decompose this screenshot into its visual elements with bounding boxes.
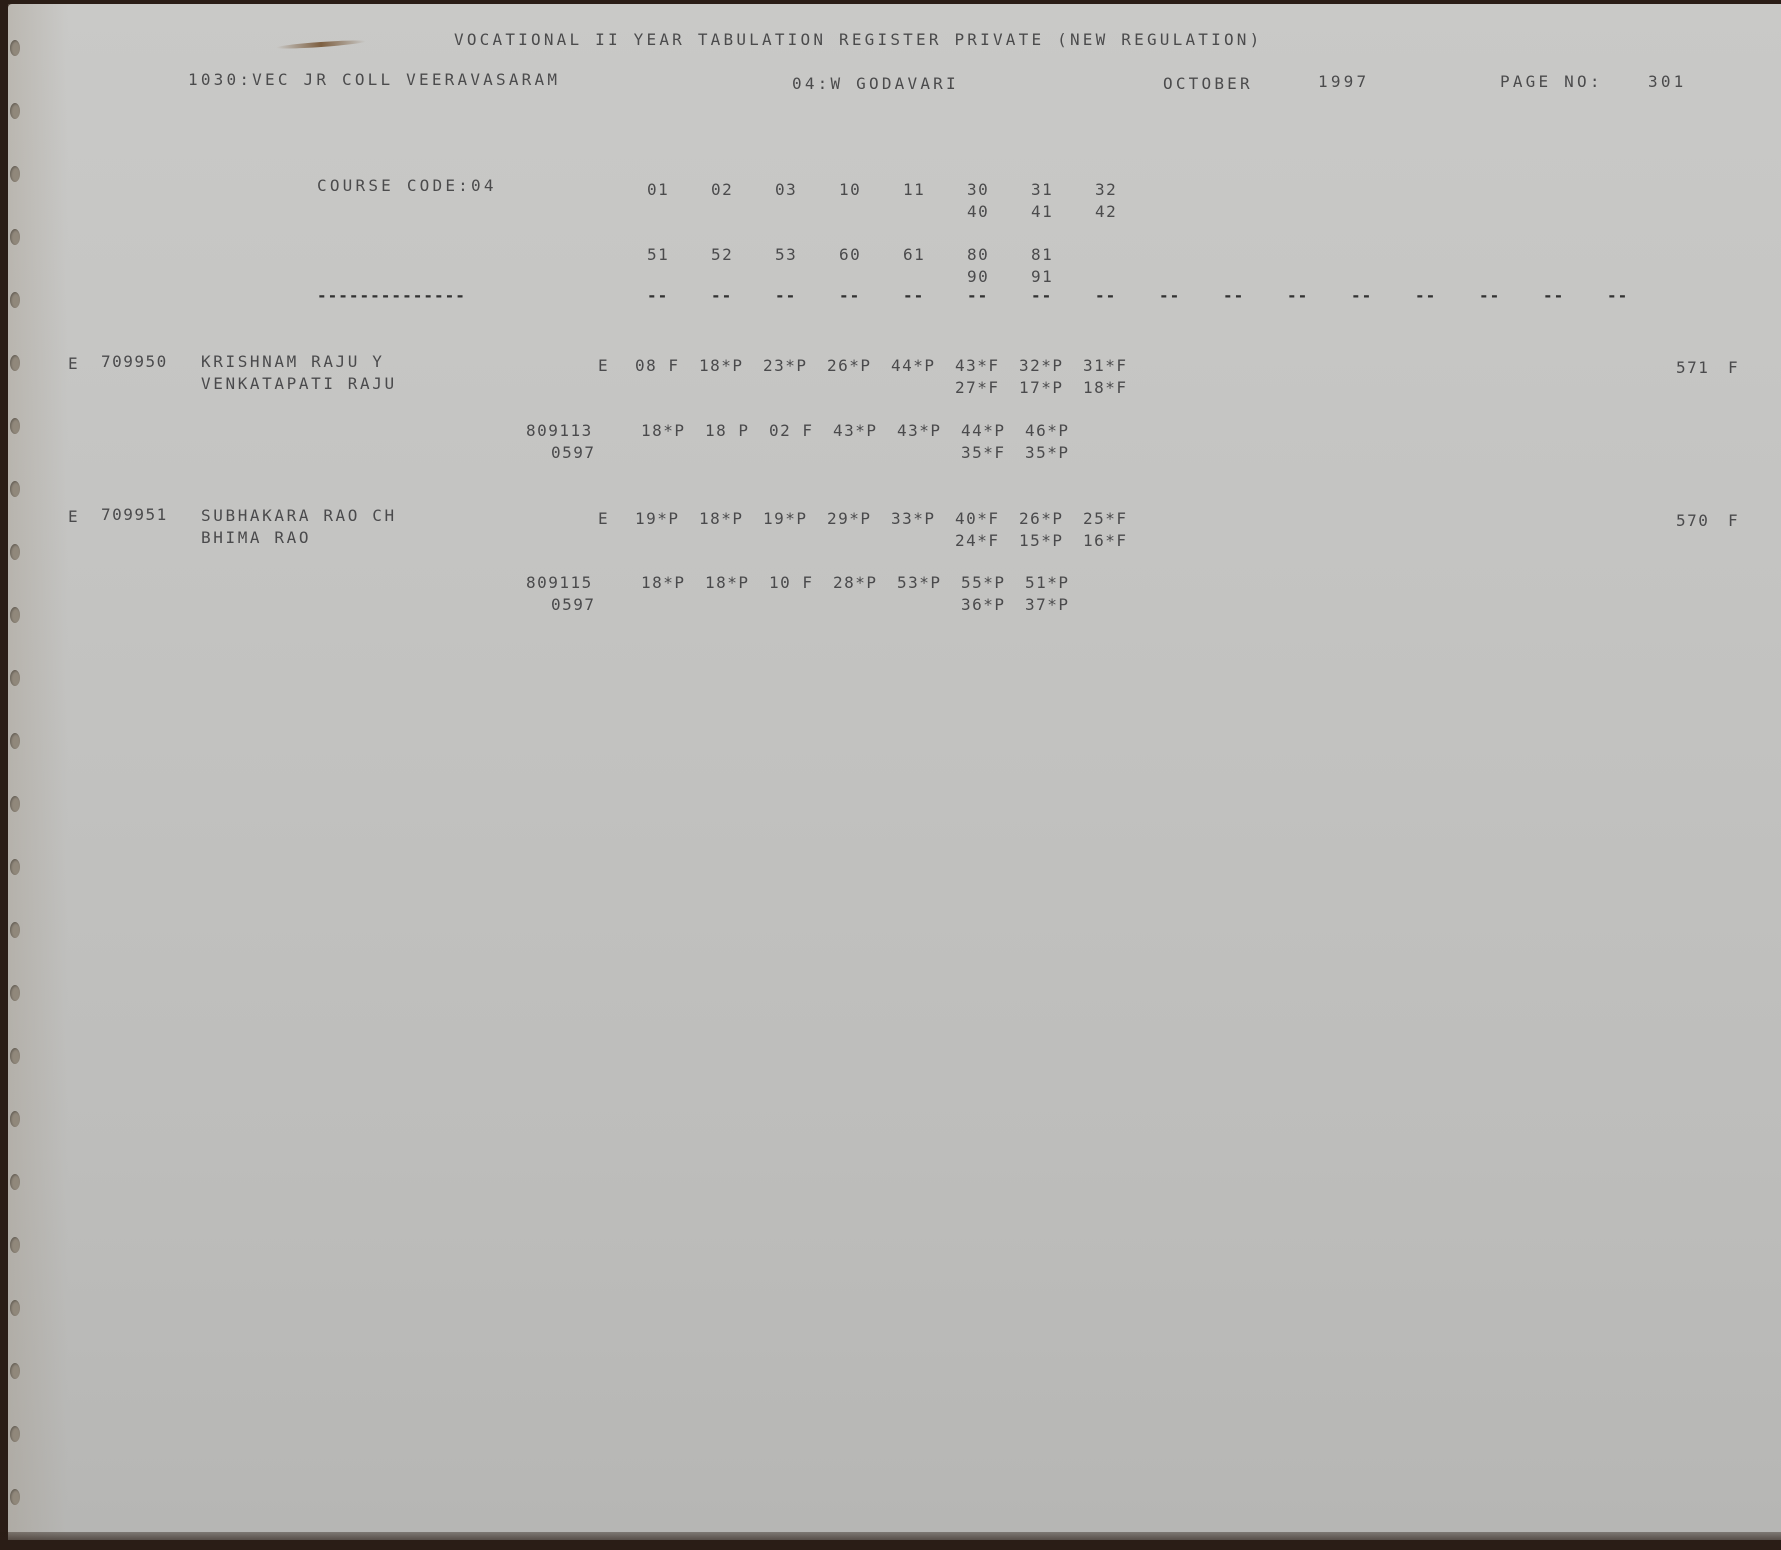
separator-long: --------------	[317, 286, 466, 305]
scan-edge-shadow	[0, 1532, 1781, 1550]
previous-session: 0597	[551, 443, 596, 463]
subject-sub-code: 90	[967, 267, 989, 287]
binder-hole	[10, 40, 20, 56]
medium: E	[598, 356, 609, 376]
category: E	[68, 507, 79, 527]
binder-hole	[10, 1363, 20, 1379]
total-marks: 571	[1676, 358, 1709, 378]
binder-hole	[10, 544, 20, 560]
subject-code: 53	[775, 245, 797, 265]
mark-cell: 43*F	[955, 356, 1000, 376]
binder-hole	[10, 1237, 20, 1253]
mark-cell: 18*P	[699, 356, 744, 376]
mark-cell: 10 F	[769, 573, 814, 593]
mark-cell: 37*P	[1025, 595, 1070, 615]
subject-code: 81	[1031, 245, 1053, 265]
mark-cell: 23*P	[763, 356, 808, 376]
binder-hole	[10, 1426, 20, 1442]
mark-cell: 32*P	[1019, 356, 1064, 376]
subject-code: 52	[711, 245, 733, 265]
mark-cell: 33*P	[891, 509, 936, 529]
course-code: COURSE CODE:04	[317, 176, 497, 196]
mark-cell: 15*P	[1019, 531, 1064, 551]
separator: --	[1479, 286, 1500, 305]
separator: --	[1607, 286, 1628, 305]
category: E	[68, 354, 79, 374]
separator: --	[1287, 286, 1308, 305]
subject-code: 30	[967, 180, 989, 200]
mark-cell: 46*P	[1025, 421, 1070, 441]
separator: --	[1415, 286, 1436, 305]
result: F	[1728, 358, 1739, 378]
binder-hole	[10, 229, 20, 245]
binder-hole	[10, 481, 20, 497]
separator: --	[1031, 286, 1052, 305]
separator: --	[967, 286, 988, 305]
mark-cell: 44*P	[961, 421, 1006, 441]
exam-year: 1997	[1318, 72, 1369, 92]
student-name: KRISHNAM RAJU Y	[201, 352, 385, 372]
binder-hole	[10, 103, 20, 119]
mark-cell: 43*P	[833, 421, 878, 441]
register-title: VOCATIONAL II YEAR TABULATION REGISTER P…	[454, 30, 1262, 50]
binder-hole	[10, 670, 20, 686]
mark-cell: 18*P	[641, 421, 686, 441]
medium: E	[598, 509, 609, 529]
mark-cell: 25*F	[1083, 509, 1128, 529]
binder-hole	[10, 922, 20, 938]
mark-cell: 17*P	[1019, 378, 1064, 398]
previous-code: 809115	[526, 573, 593, 593]
subject-code: 51	[647, 245, 669, 265]
mark-cell: 02 F	[769, 421, 814, 441]
district-name: 04:W GODAVARI	[792, 74, 959, 94]
separator: --	[1159, 286, 1180, 305]
page-number: 301	[1648, 72, 1687, 92]
subject-sub-code: 40	[967, 202, 989, 222]
binder-hole	[10, 166, 20, 182]
mark-cell: 16*F	[1083, 531, 1128, 551]
binder-hole	[10, 1300, 20, 1316]
exam-month: OCTOBER	[1163, 74, 1253, 94]
binder-hole	[10, 355, 20, 371]
subject-code: 11	[903, 180, 925, 200]
subject-code: 03	[775, 180, 797, 200]
separator: --	[839, 286, 860, 305]
binder-hole	[10, 1048, 20, 1064]
binder-hole	[10, 1174, 20, 1190]
mark-cell: 51*P	[1025, 573, 1070, 593]
binder-hole	[10, 607, 20, 623]
previous-code: 809113	[526, 421, 593, 441]
ink-smudge	[276, 39, 366, 50]
mark-cell: 31*F	[1083, 356, 1128, 376]
mark-cell: 55*P	[961, 573, 1006, 593]
hall-ticket-number: 709950	[101, 352, 168, 372]
separator: --	[775, 286, 796, 305]
mark-cell: 18*P	[699, 509, 744, 529]
hall-ticket-number: 709951	[101, 505, 168, 525]
separator: --	[1095, 286, 1116, 305]
binder-hole	[10, 733, 20, 749]
subject-code: 01	[647, 180, 669, 200]
father-name: VENKATAPATI RAJU	[201, 374, 397, 394]
page-label: PAGE NO:	[1500, 72, 1603, 92]
separator: --	[903, 286, 924, 305]
separator: --	[1223, 286, 1244, 305]
binder-hole	[10, 985, 20, 1001]
mark-cell: 27*F	[955, 378, 1000, 398]
mark-cell: 26*P	[827, 356, 872, 376]
subject-code: 60	[839, 245, 861, 265]
subject-code: 61	[903, 245, 925, 265]
mark-cell: 18*P	[705, 573, 750, 593]
printout-page: VOCATIONAL II YEAR TABULATION REGISTER P…	[8, 4, 1781, 1540]
total-marks: 570	[1676, 511, 1709, 531]
student-name: SUBHAKARA RAO CH	[201, 506, 397, 526]
mark-cell: 26*P	[1019, 509, 1064, 529]
subject-sub-code: 41	[1031, 202, 1053, 222]
mark-cell: 08 F	[635, 356, 680, 376]
previous-session: 0597	[551, 595, 596, 615]
mark-cell: 24*F	[955, 531, 1000, 551]
subject-code: 31	[1031, 180, 1053, 200]
mark-cell: 53*P	[897, 573, 942, 593]
binder-hole	[10, 418, 20, 434]
separator: --	[647, 286, 668, 305]
subject-code: 80	[967, 245, 989, 265]
separator: --	[1351, 286, 1372, 305]
mark-cell: 43*P	[897, 421, 942, 441]
mark-cell: 40*F	[955, 509, 1000, 529]
mark-cell: 28*P	[833, 573, 878, 593]
mark-cell: 44*P	[891, 356, 936, 376]
subject-code: 32	[1095, 180, 1117, 200]
mark-cell: 18 P	[705, 421, 750, 441]
father-name: BHIMA RAO	[201, 528, 311, 548]
mark-cell: 19*P	[763, 509, 808, 529]
binder-hole	[10, 859, 20, 875]
binder-hole	[10, 796, 20, 812]
separator: --	[1543, 286, 1564, 305]
mark-cell: 35*F	[961, 443, 1006, 463]
result: F	[1728, 511, 1739, 531]
binder-hole	[10, 1111, 20, 1127]
subject-code: 10	[839, 180, 861, 200]
subject-code: 02	[711, 180, 733, 200]
binder-hole	[10, 292, 20, 308]
separator: --	[711, 286, 732, 305]
binder-hole	[10, 1489, 20, 1505]
mark-cell: 29*P	[827, 509, 872, 529]
mark-cell: 36*P	[961, 595, 1006, 615]
mark-cell: 19*P	[635, 509, 680, 529]
college-name: 1030:VEC JR COLL VEERAVASARAM	[188, 70, 560, 90]
mark-cell: 35*P	[1025, 443, 1070, 463]
mark-cell: 18*P	[641, 573, 686, 593]
subject-sub-code: 42	[1095, 202, 1117, 222]
subject-sub-code: 91	[1031, 267, 1053, 287]
mark-cell: 18*F	[1083, 378, 1128, 398]
